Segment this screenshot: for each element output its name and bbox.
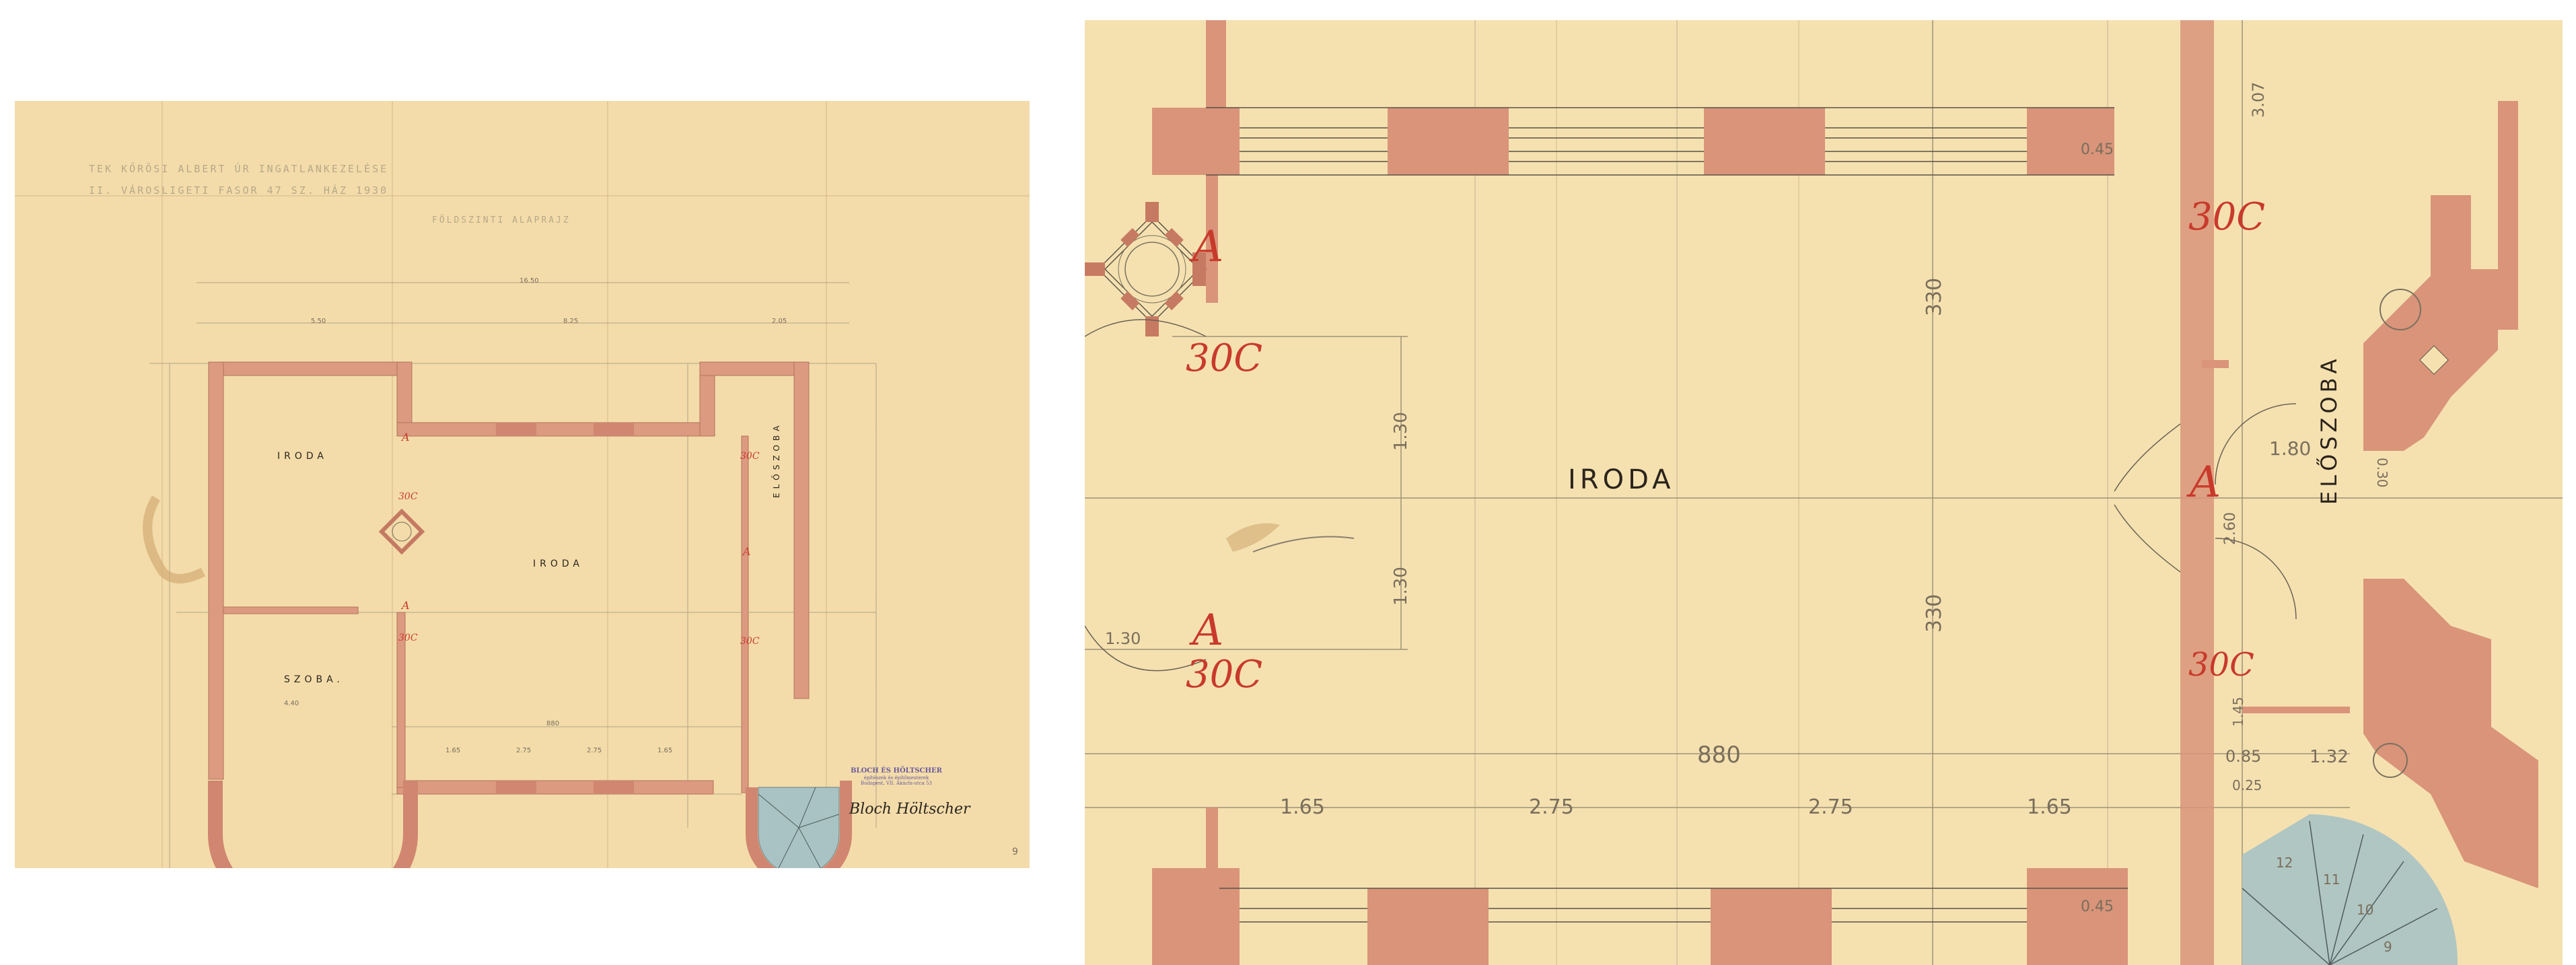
section-mark-a: A (743, 545, 751, 558)
signature: Bloch Höltscher (849, 801, 970, 818)
section-mark-a: A (402, 431, 410, 443)
dim-pier-lower: 1.30 (1391, 567, 1411, 606)
dim-wc-width: 1.32 (2310, 747, 2349, 767)
section-mark-a: A (1192, 606, 1223, 655)
floor-plan-full-sheet: TEK KŐRÖSI ALBERT ÚR INGATLANKEZELÉSE II… (15, 101, 1030, 868)
room-label-iroda-center: IRODA (533, 559, 583, 569)
floor-plan-detail-view: IRODA ELŐSZOBA A 30C A 30C 30C A 30C 0.4… (1085, 20, 2563, 965)
section-mark-a: A (402, 599, 410, 612)
dim-overall: 16.50 (520, 277, 539, 285)
dim-segment-1: 1.65 (1280, 795, 1325, 819)
dim-closet-depth: 1.45 (2230, 696, 2246, 727)
room-label-iroda: IRODA (1568, 464, 1675, 495)
stamp-line-3: Budapest, VII. Akácfa-utca 53 (843, 781, 950, 786)
section-mark-30c: 30C (1186, 653, 1262, 696)
dim-vestibule-width: 1.80 (2269, 437, 2311, 460)
dim-segment-3: 2.75 (1808, 795, 1853, 819)
room-label-iroda-upper: IRODA (277, 451, 328, 462)
dim-seg-2: 2.75 (516, 747, 531, 754)
dim-segment-2: 2.75 (1529, 795, 1574, 819)
dim-pier-horizontal: 1.30 (1105, 629, 1141, 648)
dim-seg-4: 1.65 (657, 747, 672, 754)
dim-interior: 880 (546, 720, 559, 727)
section-mark-30c: 30C (398, 491, 418, 502)
section-mark-30c: 30C (2188, 195, 2265, 239)
dim-vestibule-depth: 0.30 (2374, 458, 2390, 488)
stair-step-12: 12 (2276, 855, 2293, 871)
section-mark-30c: 30C (1186, 336, 1262, 380)
architect-stamp: BLOCH ÉS HÖLTSCHER építészek és építőmes… (843, 767, 950, 787)
dim-wall-thickness: 0.25 (2232, 777, 2262, 793)
stair-step-11: 11 (2323, 871, 2340, 888)
page-number: 9 (1012, 847, 1018, 857)
dim-vertical-lower: 330 (1923, 594, 1946, 633)
dim-vertical-upper: 330 (1923, 278, 1946, 316)
dim-top-3: 2.05 (772, 318, 787, 325)
section-mark-a: A (1192, 222, 1223, 272)
dim-seg-3: 2.75 (587, 747, 602, 754)
dim-window-depth-bottom: 0.45 (2081, 898, 2114, 915)
dim-segment-4: 1.65 (2027, 795, 2072, 819)
section-mark-30c: 30C (740, 636, 760, 647)
section-mark-a: A (2190, 458, 2221, 507)
dim-top-right-vertical: 3.07 (2249, 82, 2268, 118)
dim-top-1: 5.50 (311, 318, 326, 325)
room-label-szoba: SZOBA. (284, 674, 344, 685)
dim-overall-interior: 880 (1697, 742, 1741, 769)
section-mark-30c: 30C (740, 451, 760, 462)
stair-step-9: 9 (2384, 939, 2392, 955)
section-mark-30c: 30C (398, 633, 418, 643)
room-label-eloszoba: ELŐSZOBA (772, 422, 781, 498)
dim-seg-1: 1.65 (445, 747, 460, 754)
dim-window-depth-top: 0.45 (2081, 141, 2114, 158)
stamp-line-2: építészek és építőmesterek (843, 775, 950, 781)
stamp-line-1: BLOCH ÉS HÖLTSCHER (843, 767, 950, 775)
dim-top-2: 8.25 (563, 318, 578, 325)
dim-szoba: 4.40 (284, 700, 299, 707)
section-mark-30c: 30C (2188, 646, 2254, 684)
dim-pier-upper: 1.30 (1391, 412, 1411, 451)
dim-closet-width: 0.85 (2225, 747, 2261, 766)
stair-step-10: 10 (2357, 902, 2373, 918)
dim-door-width: 2.60 (2222, 512, 2239, 545)
room-label-eloszoba: ELŐSZOBA (2316, 355, 2342, 505)
